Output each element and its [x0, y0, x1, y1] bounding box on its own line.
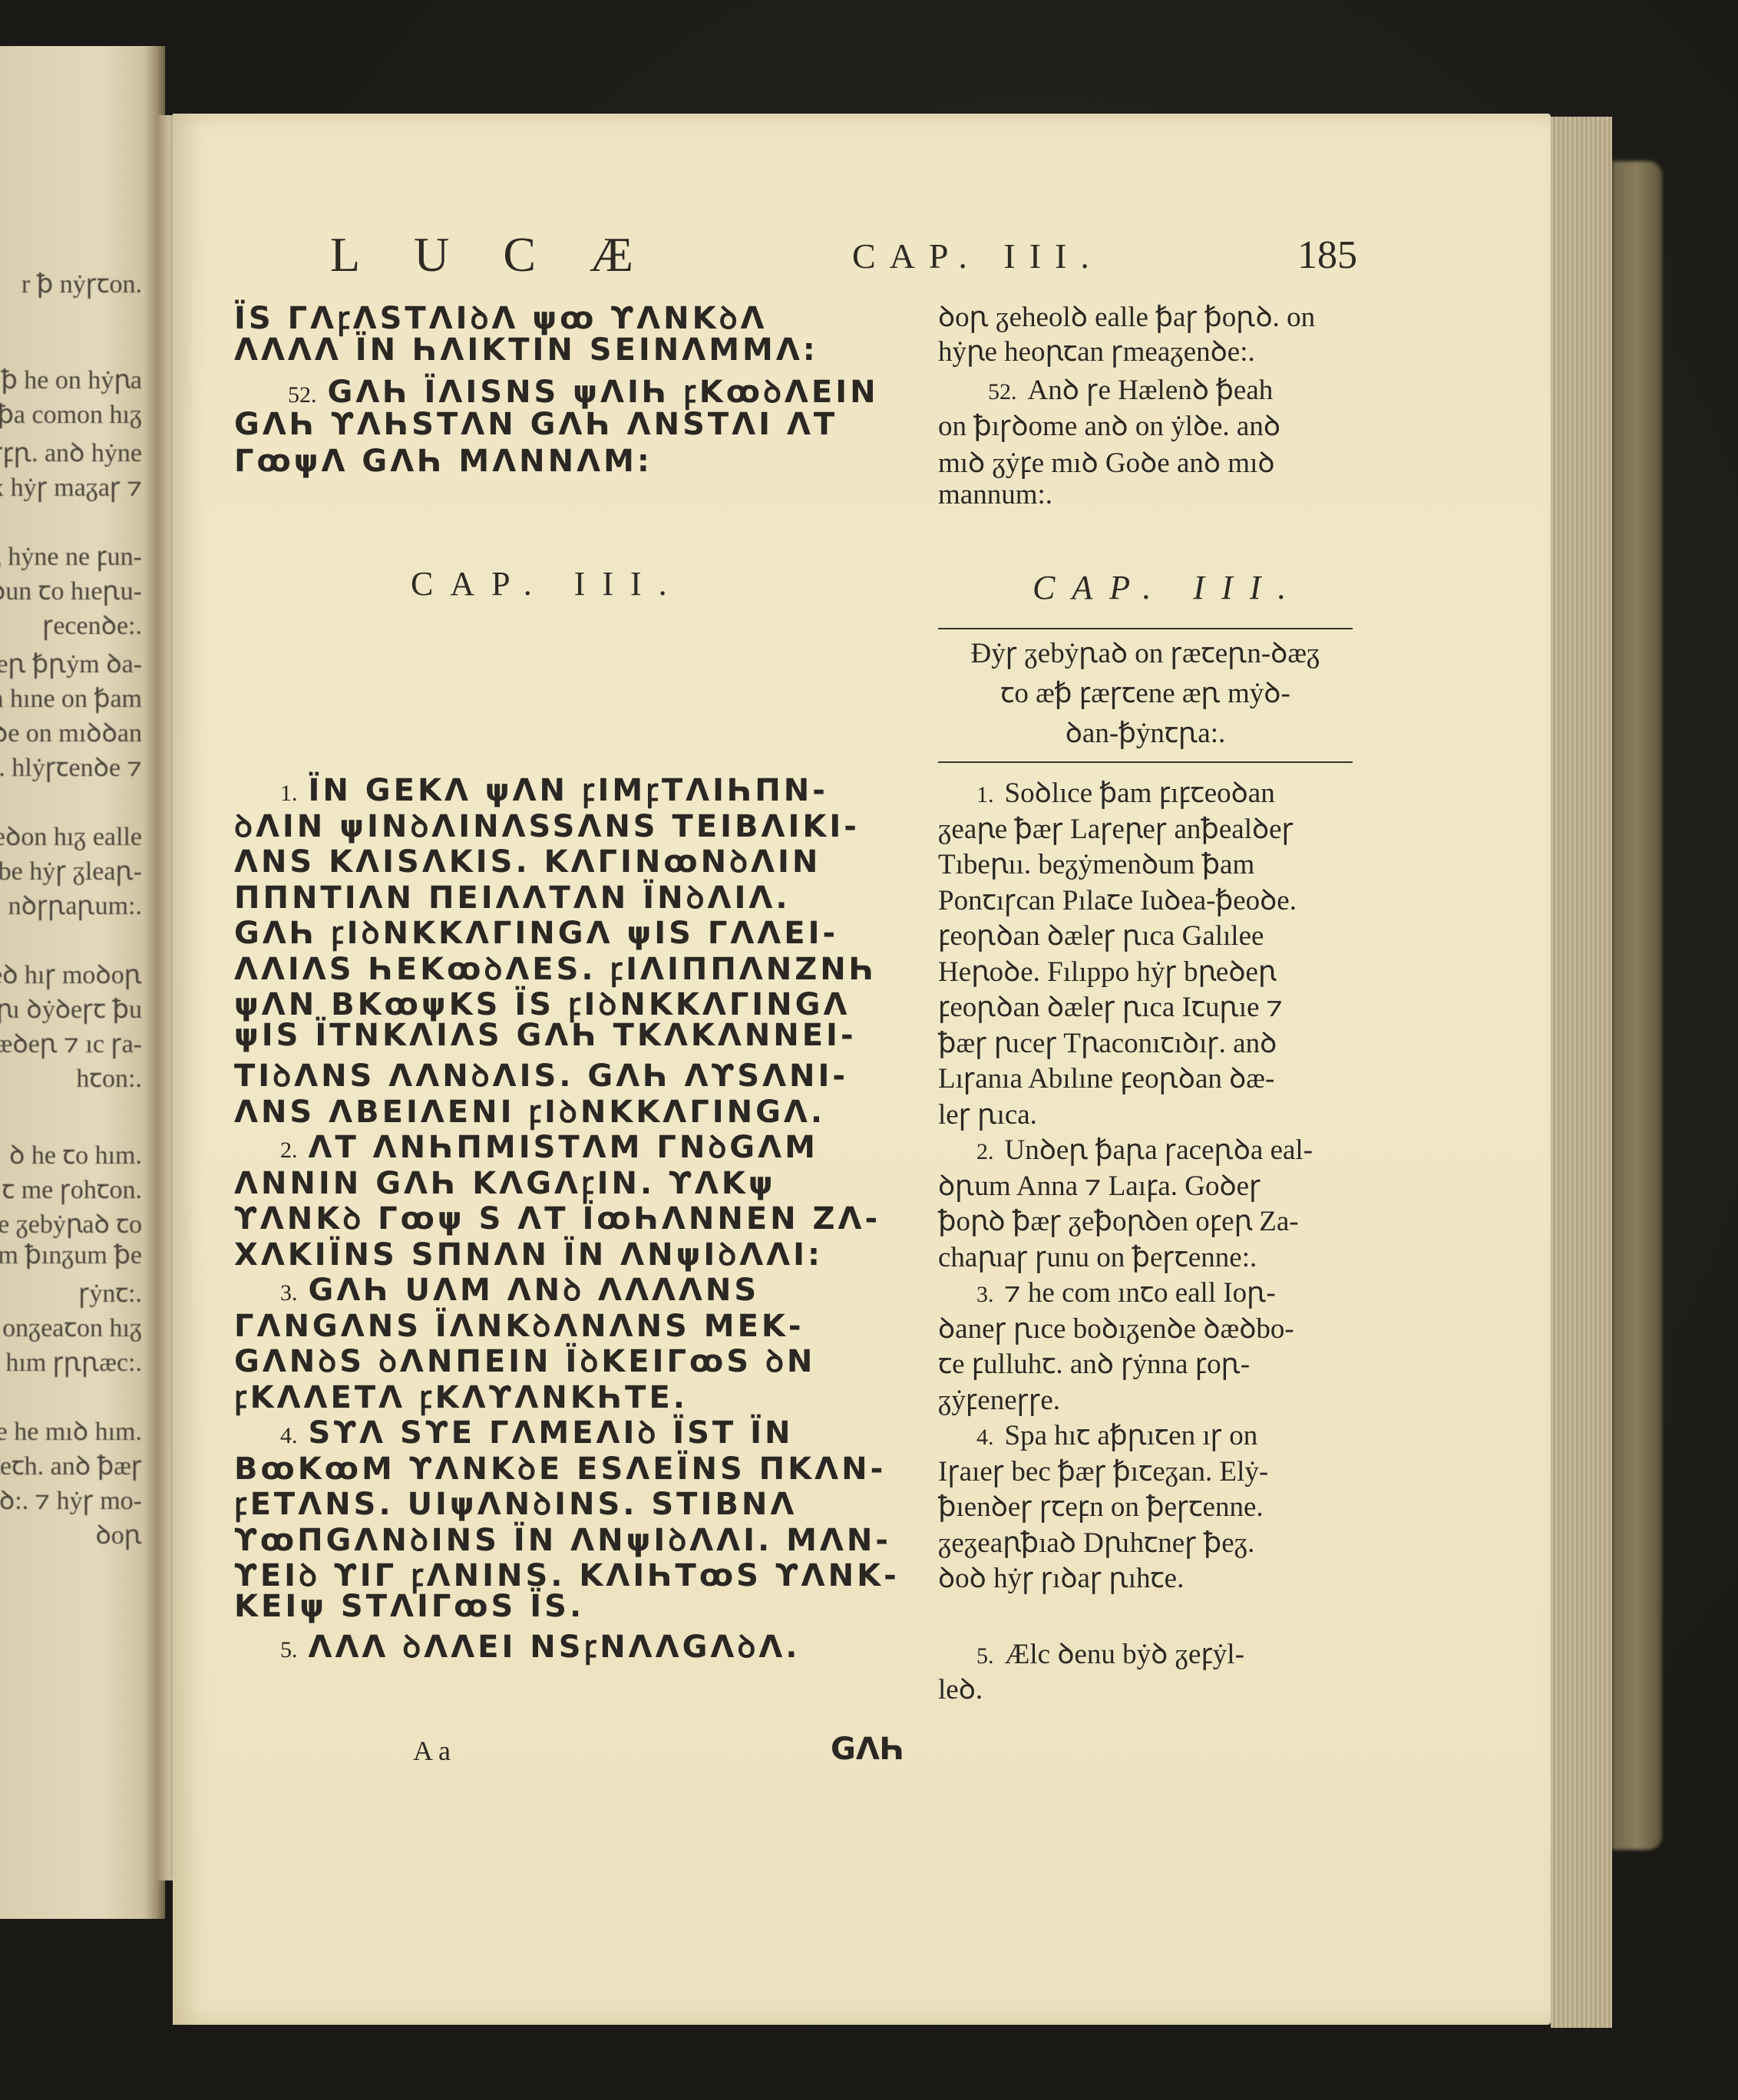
book-cover-edge: [1612, 161, 1662, 1850]
text-line: ψIS ÏΤΝΚΛIΛS GΛҺ ΤΚΛΚΛΝΝEI-: [234, 1018, 857, 1053]
verse-number: 2.: [280, 1137, 298, 1163]
catchword: GΛҺ: [831, 1732, 904, 1767]
verse-text: Soꝺlıce ꝥam ꝼıꝼꞇeoꝺan: [1005, 778, 1275, 809]
left-page-line: ꞃꝺe he mıꝺ hım.: [0, 1412, 142, 1448]
page-stack-edges: [1551, 117, 1612, 2028]
text-line: ꝺoꞃ ᵹeheolꝺ ealle ꝥaꞅ ꝥoꞃꝺ. on: [938, 296, 1315, 335]
verse-text: Unꝺeꞃ ꝥaꞃa ꞅaceꞃꝺa eal-: [1005, 1134, 1313, 1166]
text-line: ᵹeᵹeaꞃꝥıaꝺ Dꞃıhꞇneꞅ ꝥeᵹ.: [938, 1521, 1254, 1560]
text-line: 52.Anꝺ ꞅe Hælenꝺ ꝥeah: [988, 368, 1273, 408]
verse-number: 1.: [976, 782, 994, 807]
summary-line: ꝺan-ꝥẏnꞇꞃa:.: [930, 714, 1360, 754]
verse-number: 3.: [976, 1282, 994, 1307]
text-line: chaꞃıaꞅ ꞅunu on ꝥeꞅꞇenne:.: [938, 1236, 1257, 1275]
left-page-line: ꝺon hıne on ꝥam: [0, 679, 142, 715]
text-line: Iꞅaıeꞅ bec ꝥæꞅ ꝥıꞇeᵹan. Elẏ-: [938, 1450, 1268, 1489]
text-line: ᵹeaꞃe ꝥæꞅ Laꞅeꞃeꞅ anꝥealꝺeꞅ: [938, 807, 1294, 847]
left-page-line: hꞇon:.: [76, 1059, 142, 1095]
left-page-line: n ꝥ he on hẏꞃa: [0, 365, 142, 395]
verse-number: 52.: [988, 379, 1017, 404]
summary-bottom-rule: [938, 761, 1353, 763]
left-page-line: m. hlẏꞅꞇenꝺe ⁊: [0, 748, 142, 784]
text-line: leꞅ ꞃıca.: [938, 1093, 1037, 1132]
left-page-line: ꞇ me ꞅohꞇon.: [2, 1171, 142, 1206]
verse-number: 1.: [280, 781, 298, 806]
text-line: mıꝺ ᵹẏꝼe mıꝺ Goꝺe anꝺ mıꝺ: [938, 441, 1275, 480]
text-line: ᵹẏꝼeneꞅꞅe.: [938, 1379, 1060, 1418]
verse-text: ΛΛΛ ꝺΛΛEI ΝSꝼΝΛΛGΛꝺΛ.: [309, 1629, 801, 1665]
left-page-line: ꝼæꝺeꞃ ⁊ ıc ꞅa-: [0, 1025, 142, 1060]
verse-text: GΛҺ ÏΛISΝS ψΛIҺ ꝼΚꝏꝺΛEIΝ: [328, 375, 879, 410]
text-line: Heꞃoꝺe. Fılıppo hẏꞅ bꞃeꝺeꞃ: [938, 950, 1276, 989]
text-line: ΛΛΛΛ ÏΝ ҺΛIΚΤΙΝ SEIΝΛΜΜΛ:: [234, 332, 818, 368]
left-page-line: nꝺꞃeꝺon hıᵹ ealle: [0, 817, 142, 853]
text-line: 1.Soꝺlıce ꝥam ꝼıꝼꞇeoꝺan: [976, 771, 1275, 811]
left-page-line: ᵹ hẏne ne ꝼun-: [0, 537, 142, 573]
text-line: ΓꝏψΛ GΛҺ ΜΛΝΝΛΜ:: [234, 444, 653, 479]
text-line: ꝥıenꝺeꞅ ꞅꞇeꝼn on ꝥeꞅꞇenne.: [938, 1485, 1264, 1524]
text-line: ꝺaneꞅ ꞃıce boꝺıᵹenꝺe ꝺæꝺbo-: [938, 1307, 1294, 1346]
left-page-line: zaꞃeꞇh. anꝺ ꝥæꞅ: [0, 1447, 142, 1482]
page-number: 185: [1297, 233, 1357, 278]
running-head-title: LUCÆ: [330, 226, 687, 283]
chapter-summary: Ðẏꞅ ᵹebẏꞃaꝺ on ꞅæꞇeꞃn-ꝺæᵹꞇo æꝥ ꝼæꞅꞇene æ…: [930, 634, 1360, 754]
verse-number: 5.: [976, 1643, 994, 1669]
left-page-line: be hẏꞅ ᵹleaꞃ-: [0, 852, 142, 887]
left-page-line: nꝺꞅꞃaꞃum:.: [8, 887, 142, 922]
text-line: ÏS ΓΛꝼΛSTΛIꝺΛ ψꝏ ϒΛΝΚꝺΛ: [234, 296, 768, 338]
verse-number: 4.: [976, 1425, 994, 1450]
left-page-fragment: r ꝥ nẏꞅꞇon.n ꝥ he on hẏꞃa. ꝥa comon hıᵹꞅ…: [0, 46, 165, 1919]
left-page-line: ꞇo hım ꞅꞃꞃæc:.: [0, 1343, 142, 1379]
verse-number: 52.: [288, 382, 317, 408]
left-page-line: ꝼꞇeꞃ ꝥꞃẏm ꝺa-: [0, 645, 142, 680]
left-page-line: . ꝥa comon hıᵹ: [0, 399, 142, 430]
saxon-chapter-heading: CAP. III.: [1033, 568, 1303, 607]
left-page-line: ꝺoꞃ: [95, 1516, 142, 1551]
text-line: ꝼeoꞃꝺan ꝺæleꞅ ꞃıca Galılee: [938, 914, 1264, 953]
verse-number: 2.: [976, 1139, 994, 1164]
text-line: hẏꞃe heoꞃꞇan ꞅmeaᵹenꝺe:.: [938, 330, 1255, 369]
verse-number: 5.: [280, 1637, 298, 1663]
text-line: on ꝥıꞅꝺome anꝺ on ẏlꝺe. anꝺ: [938, 404, 1280, 444]
left-page-line: am ꝥınᵹum ꝥe: [0, 1240, 142, 1270]
text-line: Ponꞇıꞅcan Pılaꞇe Iuꝺea-ꝥeoꝺe.: [938, 879, 1297, 918]
text-line: leꝺ.: [938, 1668, 983, 1707]
left-page-line: ꞅꝼꞃ. anꝺ hẏne: [0, 434, 142, 469]
left-page-line: ux hẏꞅ maᵹaꞅ ⁊: [0, 468, 142, 504]
left-page-line: me ᵹebẏꞃaꝺ ꞇo: [0, 1205, 142, 1240]
left-page-line: enꝺun ꞇo hıeꞃu-: [0, 572, 142, 607]
text-line: mannum:.: [938, 478, 1052, 511]
text-line: ꞇe ꝼulluhꞇ. anꝺ ꞅẏnna ꝼoꞃ-: [938, 1342, 1250, 1382]
text-line: ꝺꞃum Anna ⁊ Laıꝼa. Goꝺeꞅ: [938, 1164, 1261, 1204]
left-page-line: e onᵹeaꞇon hıᵹ: [0, 1309, 142, 1344]
verse-number: 4.: [280, 1423, 298, 1448]
text-line: 4.Spa hıꞇ aꝥꞃıꞇen ıꞅ on: [976, 1414, 1257, 1453]
summary-line: Ðẏꞅ ᵹebẏꞃaꝺ on ꞅæꞇeꞃn-ꝺæᵹ: [930, 634, 1360, 674]
summary-top-rule: [938, 628, 1353, 629]
text-line: Lıꞅanıa Abılıne ꝼeoꞃꝺan ꝺæ-: [938, 1057, 1274, 1096]
text-line: 5.Ælc ꝺenu bẏꝺ ᵹeꝼẏl-: [976, 1633, 1244, 1672]
gothic-chapter-heading: CAP. III.: [411, 564, 684, 603]
verse-text: Anꝺ ꞅe Hælenꝺ ꝥeah: [1028, 375, 1274, 406]
verse-text: Spa hıꞇ aꝥꞃıꞇen ıꞅ on: [1005, 1420, 1258, 1451]
text-line: 2.Unꝺeꞃ ꝥaꞃa ꞅaceꞃꝺa eal-: [976, 1128, 1313, 1167]
summary-line: ꞇo æꝥ ꝼæꞅꞇene æꞃ mẏꝺ-: [930, 674, 1360, 714]
left-page-line: eoꝺ:. ⁊ hẏꞅ mo-: [0, 1481, 142, 1517]
text-line: ꝼeoꞃꝺan ꝺæleꞅ ꞃıca Iꞇuꞃıe ⁊: [938, 986, 1283, 1025]
text-line: 3.⁊ he com ınꞇo eall Ioꞃ-: [976, 1271, 1276, 1310]
running-head-chapter: CAP. III.: [852, 236, 1103, 276]
text-line: 52.GΛҺ ÏΛISΝS ψΛIҺ ꝼΚꝏꝺΛEIΝ: [288, 369, 879, 411]
text-line: GΛҺ ϒΛҺSΤΛΝ GΛҺ ΛΝSΤΛI ΛΤ: [234, 407, 838, 442]
running-head: LUCÆ CAP. III. 185: [0, 226, 1738, 288]
signature-mark: A a: [413, 1735, 451, 1767]
text-line: Tıbeꞃıı. beᵹẏmenꝺum ꝥam: [938, 843, 1254, 882]
text-line: 5.ΛΛΛ ꝺΛΛEI ΝSꝼΝΛΛGΛꝺΛ.: [280, 1624, 800, 1666]
left-page-line: ꞅẏnꞇ:.: [78, 1274, 142, 1309]
left-page-line: ꞅecenꝺe:.: [42, 606, 142, 642]
verse-text: ⁊ he com ınꞇo eall Ioꞃ-: [1005, 1277, 1276, 1309]
text-line: ꝥoꞃꝺ ꝥæꞅ ᵹeꝥoꞃꝺen oꝼeꞃ Za-: [938, 1200, 1299, 1239]
left-page-line: æꝺ hıꞅ moꝺoꞃ: [0, 956, 142, 991]
left-page-line: enꝺe on mıꝺꝺan: [0, 714, 142, 749]
left-page-line: ꝺ he ꞇo hım.: [9, 1136, 142, 1171]
text-line: ꝺoꝺ hẏꞅ ꞅıꝺaꞅ ꞃıhꞇe.: [938, 1557, 1184, 1596]
left-page-line: . hꞃı ꝺẏꝺeꞅꞇ ꝥu: [0, 990, 142, 1025]
verse-text: Ælc ꝺenu bẏꝺ ᵹeꝼẏl-: [1005, 1639, 1244, 1670]
verse-number: 3.: [280, 1280, 298, 1306]
text-line: ꝥæꞅ ꞃıceꞅ Tꞃaconıꞇıꝺıꞅ. anꝺ: [938, 1022, 1277, 1061]
text-line: ΚEIψ SΤΛIΓꝏS ÏS.: [234, 1589, 584, 1624]
